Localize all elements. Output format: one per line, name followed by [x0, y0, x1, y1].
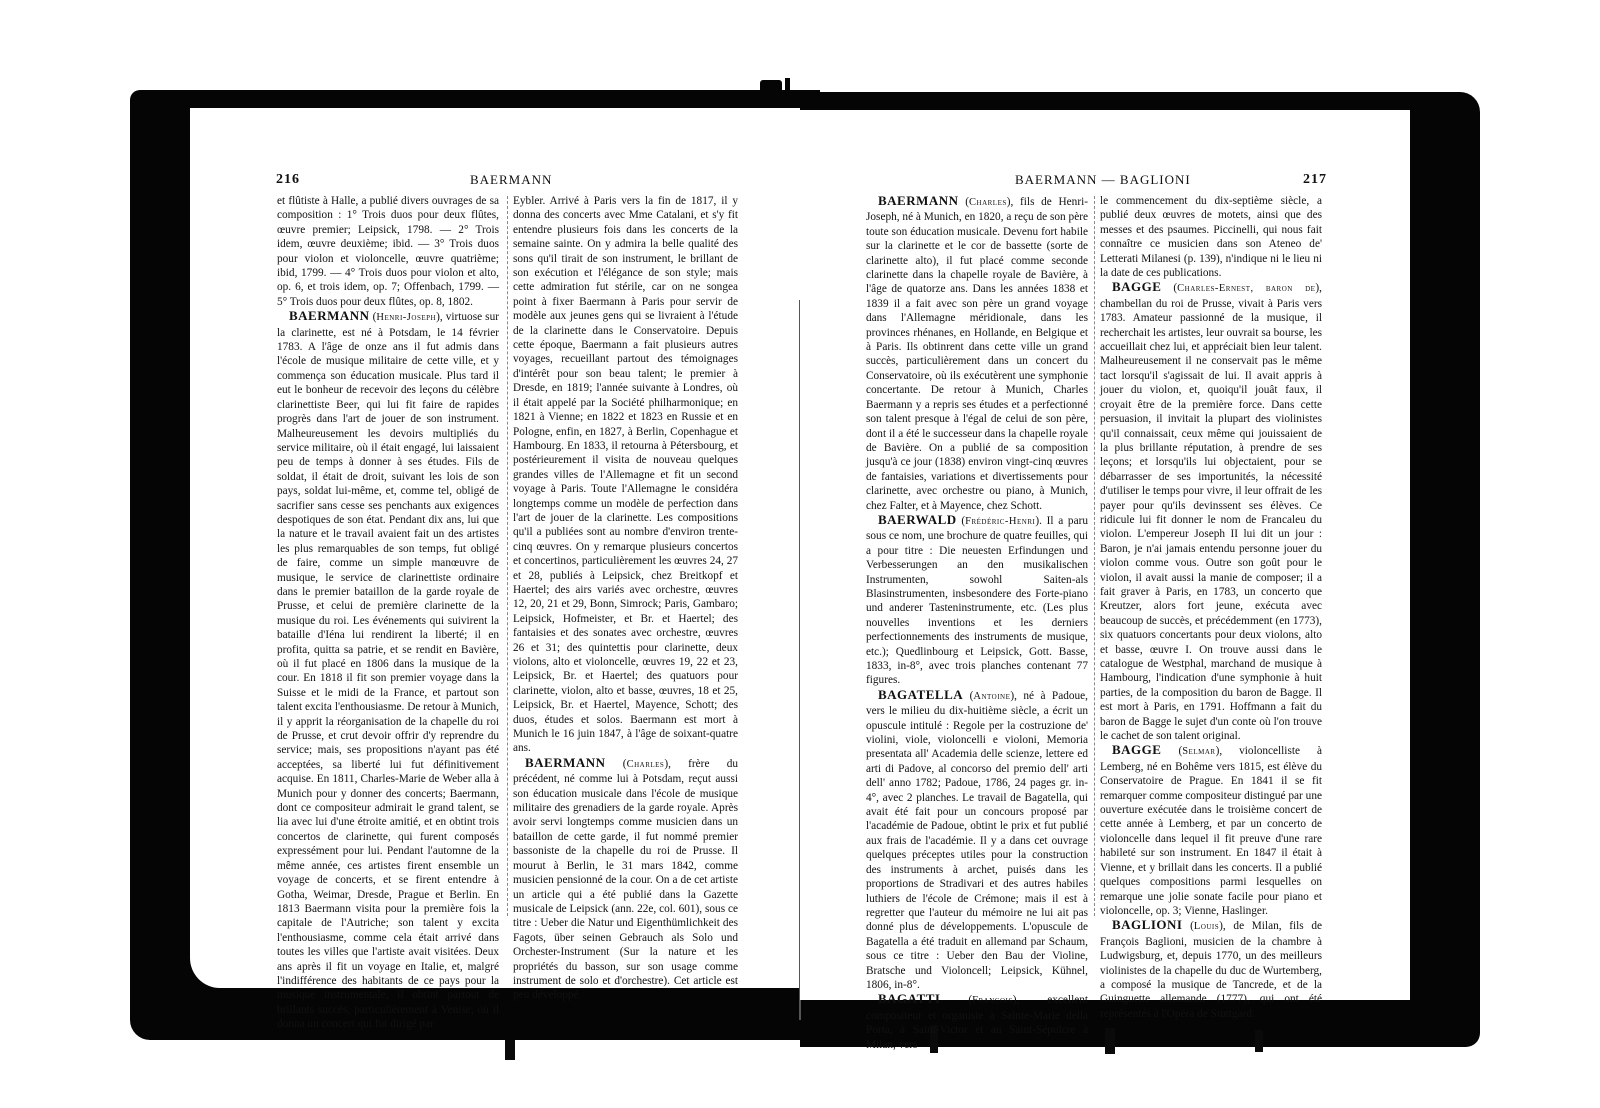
entry-qualifier: Charles-Ernest, baron de [1177, 283, 1315, 294]
entry-text: , de Milan, fils de François Baglioni, m… [1100, 920, 1322, 1019]
entry-text: , chambellan du roi de Prusse, vivait à … [1100, 282, 1322, 742]
dictionary-entry: BAERWALD (Frédéric-Henri). Il a paru sou… [866, 513, 1088, 688]
entry-text: et flûtiste à Halle, a publié divers ouv… [277, 195, 499, 308]
entry-qualifier: Selmar [1182, 746, 1215, 757]
entry-qualifier: François [972, 995, 1013, 1006]
spine-mark [760, 80, 782, 108]
scan-artifact [1255, 1030, 1263, 1052]
entry-text: Eybler. Arrivé à Paris vers la fin de 18… [513, 195, 738, 754]
dictionary-entry: BAGATELLA (Antoine), né à Padoue, vers l… [866, 688, 1088, 993]
entry-headword: BAGATELLA [878, 687, 963, 702]
entry-headword: BAERMANN [878, 193, 959, 208]
entry-headword: BAERMANN [289, 308, 370, 323]
scan-artifact [1105, 1028, 1115, 1054]
spine-mark [785, 78, 790, 108]
column-divider [1094, 196, 1096, 916]
entry-continuation: le commencement du dix-septième siècle, … [1100, 194, 1322, 280]
entry-text: . Il a paru sous ce nom, une brochure de… [866, 515, 1088, 686]
right-page-number: 217 [1303, 172, 1327, 188]
entry-headword: BAERMANN [525, 755, 606, 770]
entry-text: , violoncelliste à Lemberg, né en Bohême… [1100, 745, 1322, 916]
entry-continuation: et flûtiste à Halle, a publié divers ouv… [277, 194, 499, 309]
dictionary-entry: BAERMANN (Charles), fils de Henri-Joseph… [866, 194, 1088, 513]
entry-headword: BAGGE [1112, 742, 1161, 757]
right-page-column-1: BAERMANN (Charles), fils de Henri-Joseph… [866, 194, 1088, 1052]
entry-continuation: Eybler. Arrivé à Paris vers la fin de 18… [513, 194, 738, 756]
entry-text: , virtuose sur la clarinette, est né à P… [277, 311, 499, 1030]
scan-artifact [505, 1040, 515, 1060]
left-page-number: 216 [276, 172, 300, 188]
column-divider [507, 196, 509, 916]
entry-headword: BAERWALD [878, 512, 957, 527]
right-running-head: BAERMANN — BAGLIONI [1015, 172, 1191, 188]
entry-qualifier: Charles [627, 759, 665, 770]
left-running-head: BAERMANN [470, 172, 552, 188]
entry-text: , frère du précédent, né comme lui à Pot… [513, 758, 738, 1002]
entry-text: le commencement du dix-septième siècle, … [1100, 195, 1322, 279]
dictionary-entry: BAGLIONI (Louis), de Milan, fils de Fran… [1100, 918, 1322, 1021]
dictionary-entry: BAERMANN (Charles), frère du précédent, … [513, 756, 738, 1003]
entry-headword: BAGGE [1112, 279, 1161, 294]
entry-headword: BAGATTI [878, 991, 941, 1006]
left-page-column-2: Eybler. Arrivé à Paris vers la fin de 18… [513, 194, 738, 1003]
entry-headword: BAGLIONI [1112, 917, 1182, 932]
entry-qualifier: Louis [1194, 921, 1219, 932]
dictionary-entry: BAGGE (Charles-Ernest, baron de), chambe… [1100, 280, 1322, 743]
dictionary-entry: BAERMANN (Henri-Joseph), virtuose sur la… [277, 309, 499, 1031]
entry-qualifier: Charles [969, 197, 1007, 208]
entry-qualifier: Frédéric-Henri [965, 516, 1035, 527]
dictionary-entry: BAGATTI (François), excellent compositeu… [866, 992, 1088, 1052]
entry-text: , né à Padoue, vers le milieu du dix-hui… [866, 690, 1088, 991]
entry-text: , fils de Henri-Joseph, né à Munich, en … [866, 196, 1088, 512]
entry-qualifier: Henri-Joseph [376, 312, 436, 323]
dictionary-entry: BAGGE (Selmar), violoncelliste à Lemberg… [1100, 743, 1322, 918]
left-page-column-1: et flûtiste à Halle, a publié divers ouv… [277, 194, 499, 1032]
right-page-column-2: le commencement du dix-septième siècle, … [1100, 194, 1322, 1021]
entry-qualifier: Antoine [973, 691, 1010, 702]
